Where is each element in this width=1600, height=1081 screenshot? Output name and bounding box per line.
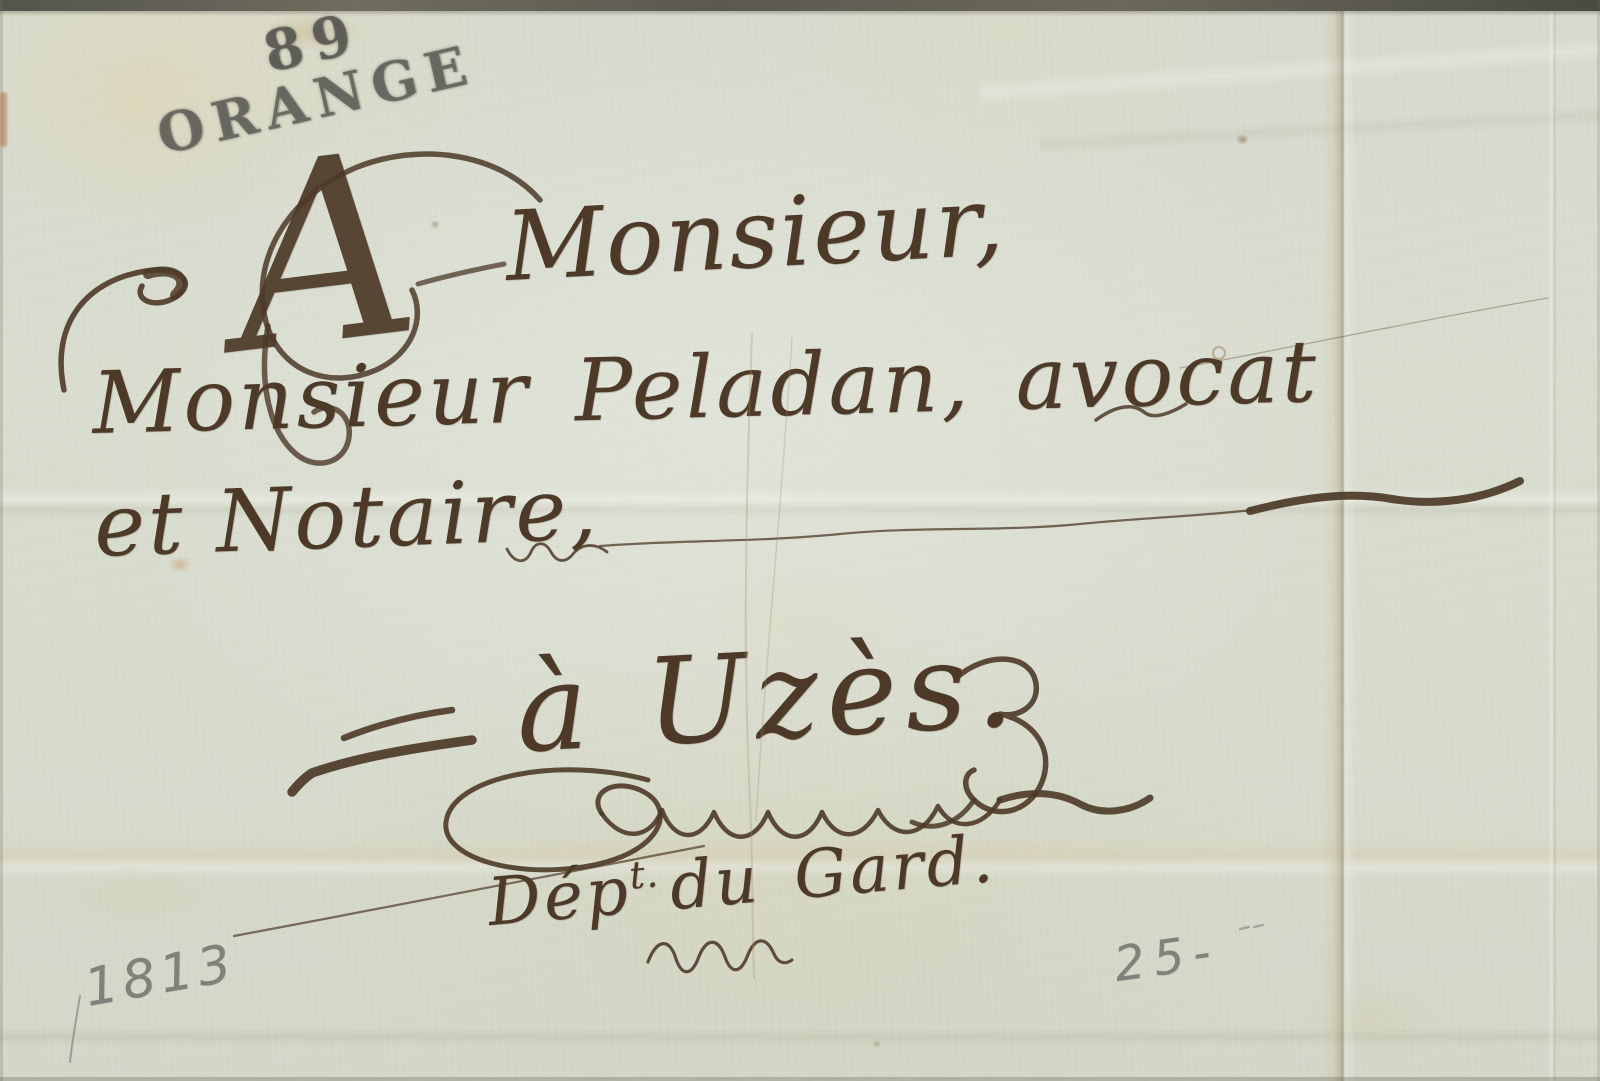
stain-dot-center	[430, 220, 440, 229]
vertical-fold-line-right	[1548, 0, 1557, 1081]
stain-bottom-right	[1300, 980, 1440, 1060]
address-city: à Uzès.	[513, 615, 1024, 780]
city-under-wave-bold-end	[1000, 794, 1150, 812]
scan-bottom-edge	[0, 1077, 1600, 1081]
vertical-fold-line	[1322, 0, 1356, 1081]
address-salutation: Monsieur,	[502, 165, 1008, 303]
scan-left-edge	[0, 0, 3, 1081]
scan-top-edge	[0, 0, 1600, 11]
stain-dot-right	[1236, 134, 1249, 145]
gard-squiggle	[648, 941, 792, 972]
uzes-dash-upper	[344, 710, 452, 738]
diagonal-crease-top-right	[980, 36, 1600, 105]
uzes-dash-lower	[292, 740, 472, 792]
left-margin-flourish-bold	[148, 271, 181, 295]
department-superscript: t.	[627, 851, 660, 897]
diagonal-crease-top-right-2	[1040, 105, 1600, 154]
initial-arm-stroke	[418, 264, 504, 284]
pencil-ditto-marks	[1240, 925, 1263, 929]
red-edge-mark	[0, 92, 7, 147]
address-recipient-title: et Notaire,	[92, 459, 601, 577]
department-name: du Gard.	[667, 820, 999, 925]
department-abbr: Dép	[485, 852, 634, 941]
pencil-price-note: 25-	[1111, 923, 1223, 993]
scan-top-edge-shadow	[0, 11, 1600, 16]
stain-lower-left	[40, 862, 240, 932]
stain-dot-bottom	[872, 1040, 881, 1048]
vertical-fold-line-core	[1341, 0, 1344, 1081]
pencil-year-note: 1813	[80, 933, 240, 1019]
